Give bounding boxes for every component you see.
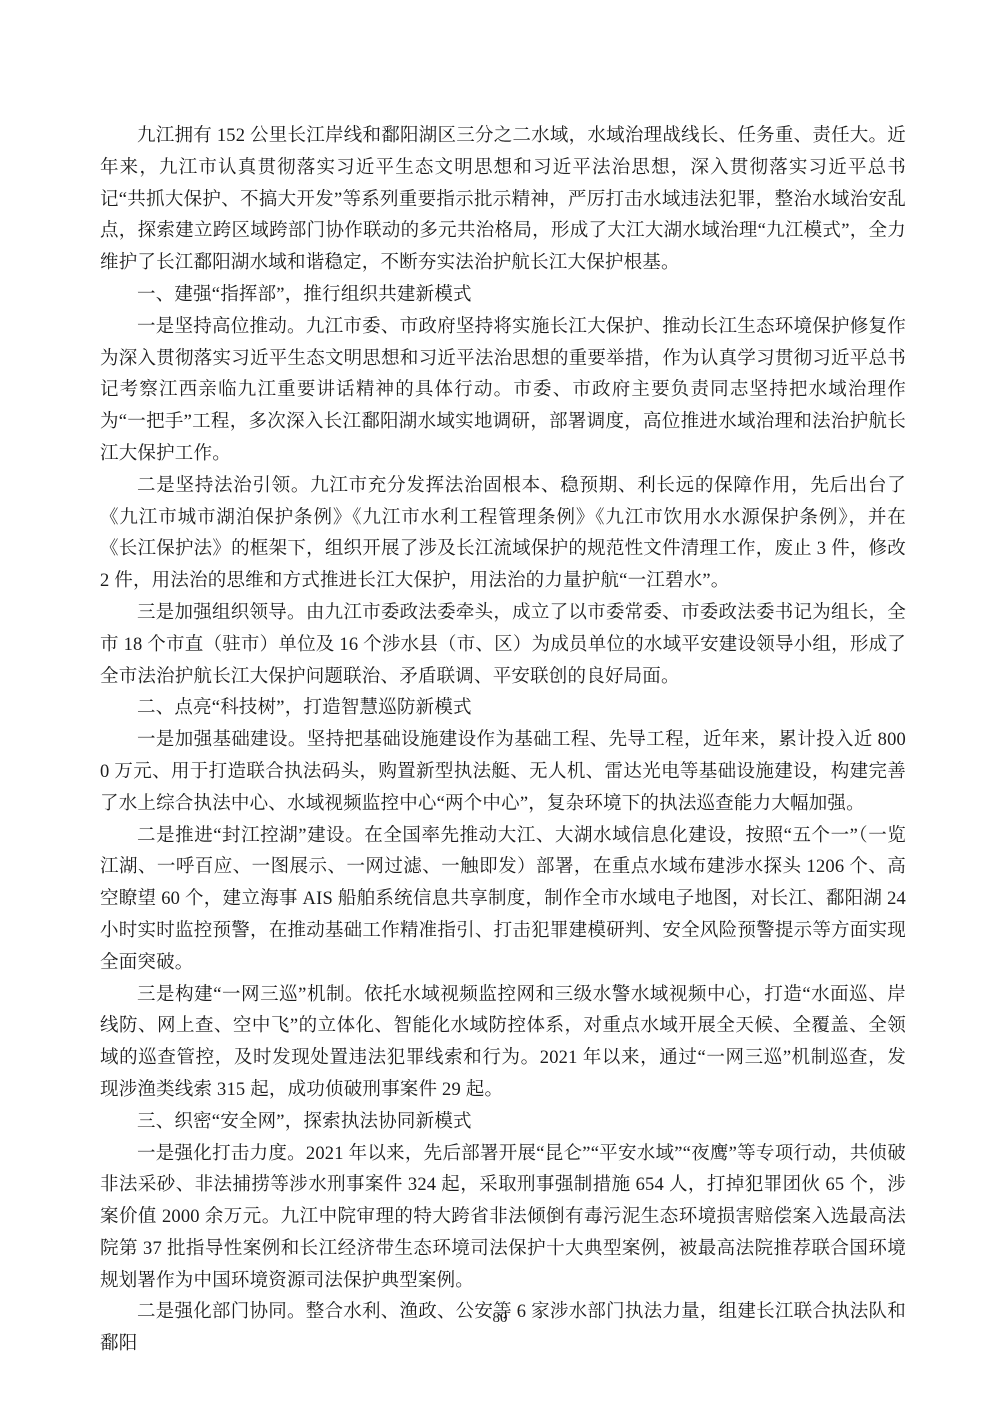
section-heading: 一、建强“指挥部”，推行组织共建新模式 (100, 280, 906, 312)
paragraph: 一是坚持高位推动。九江市委、市政府坚持将实施长江大保护、推动长江生态环境保护修复… (100, 312, 906, 471)
paragraph: 一是加强基础建设。坚持把基础设施建设作为基础工程、先导工程，近年来，累计投入近 … (100, 725, 906, 820)
paragraph: 三是加强组织领导。由九江市委政法委牵头，成立了以市委常委、市委政法委书记为组长，… (100, 598, 906, 693)
document-page: 九江拥有 152 公里长江岸线和鄱阳湖区三分之二水域，水域治理战线长、任务重、责… (0, 0, 1000, 1414)
paragraph: 一是强化打击力度。2021 年以来，先后部署开展“昆仑”“平安水域”“夜鹰”等专… (100, 1139, 906, 1298)
paragraph: 二是强化部门协同。整合水利、渔政、公安等 6 家涉水部门执法力量，组建长江联合执… (100, 1297, 906, 1361)
section-heading: 三、织密“安全网”，探索执法协同新模式 (100, 1107, 906, 1139)
section-heading: 二、点亮“科技树”，打造智慧巡防新模式 (100, 693, 906, 725)
page-number: 80 (0, 1310, 1000, 1327)
paragraph: 九江拥有 152 公里长江岸线和鄱阳湖区三分之二水域，水域治理战线长、任务重、责… (100, 121, 906, 280)
document-body: 九江拥有 152 公里长江岸线和鄱阳湖区三分之二水域，水域治理战线长、任务重、责… (100, 121, 906, 1361)
paragraph: 二是坚持法治引领。九江市充分发挥法治固根本、稳预期、利长远的保障作用，先后出台了… (100, 471, 906, 598)
paragraph: 三是构建“一网三巡”机制。依托水域视频监控网和三级水警水域视频中心，打造“水面巡… (100, 980, 906, 1107)
paragraph: 二是推进“封江控湖”建设。在全国率先推动大江、大湖水域信息化建设，按照“五个一”… (100, 821, 906, 980)
